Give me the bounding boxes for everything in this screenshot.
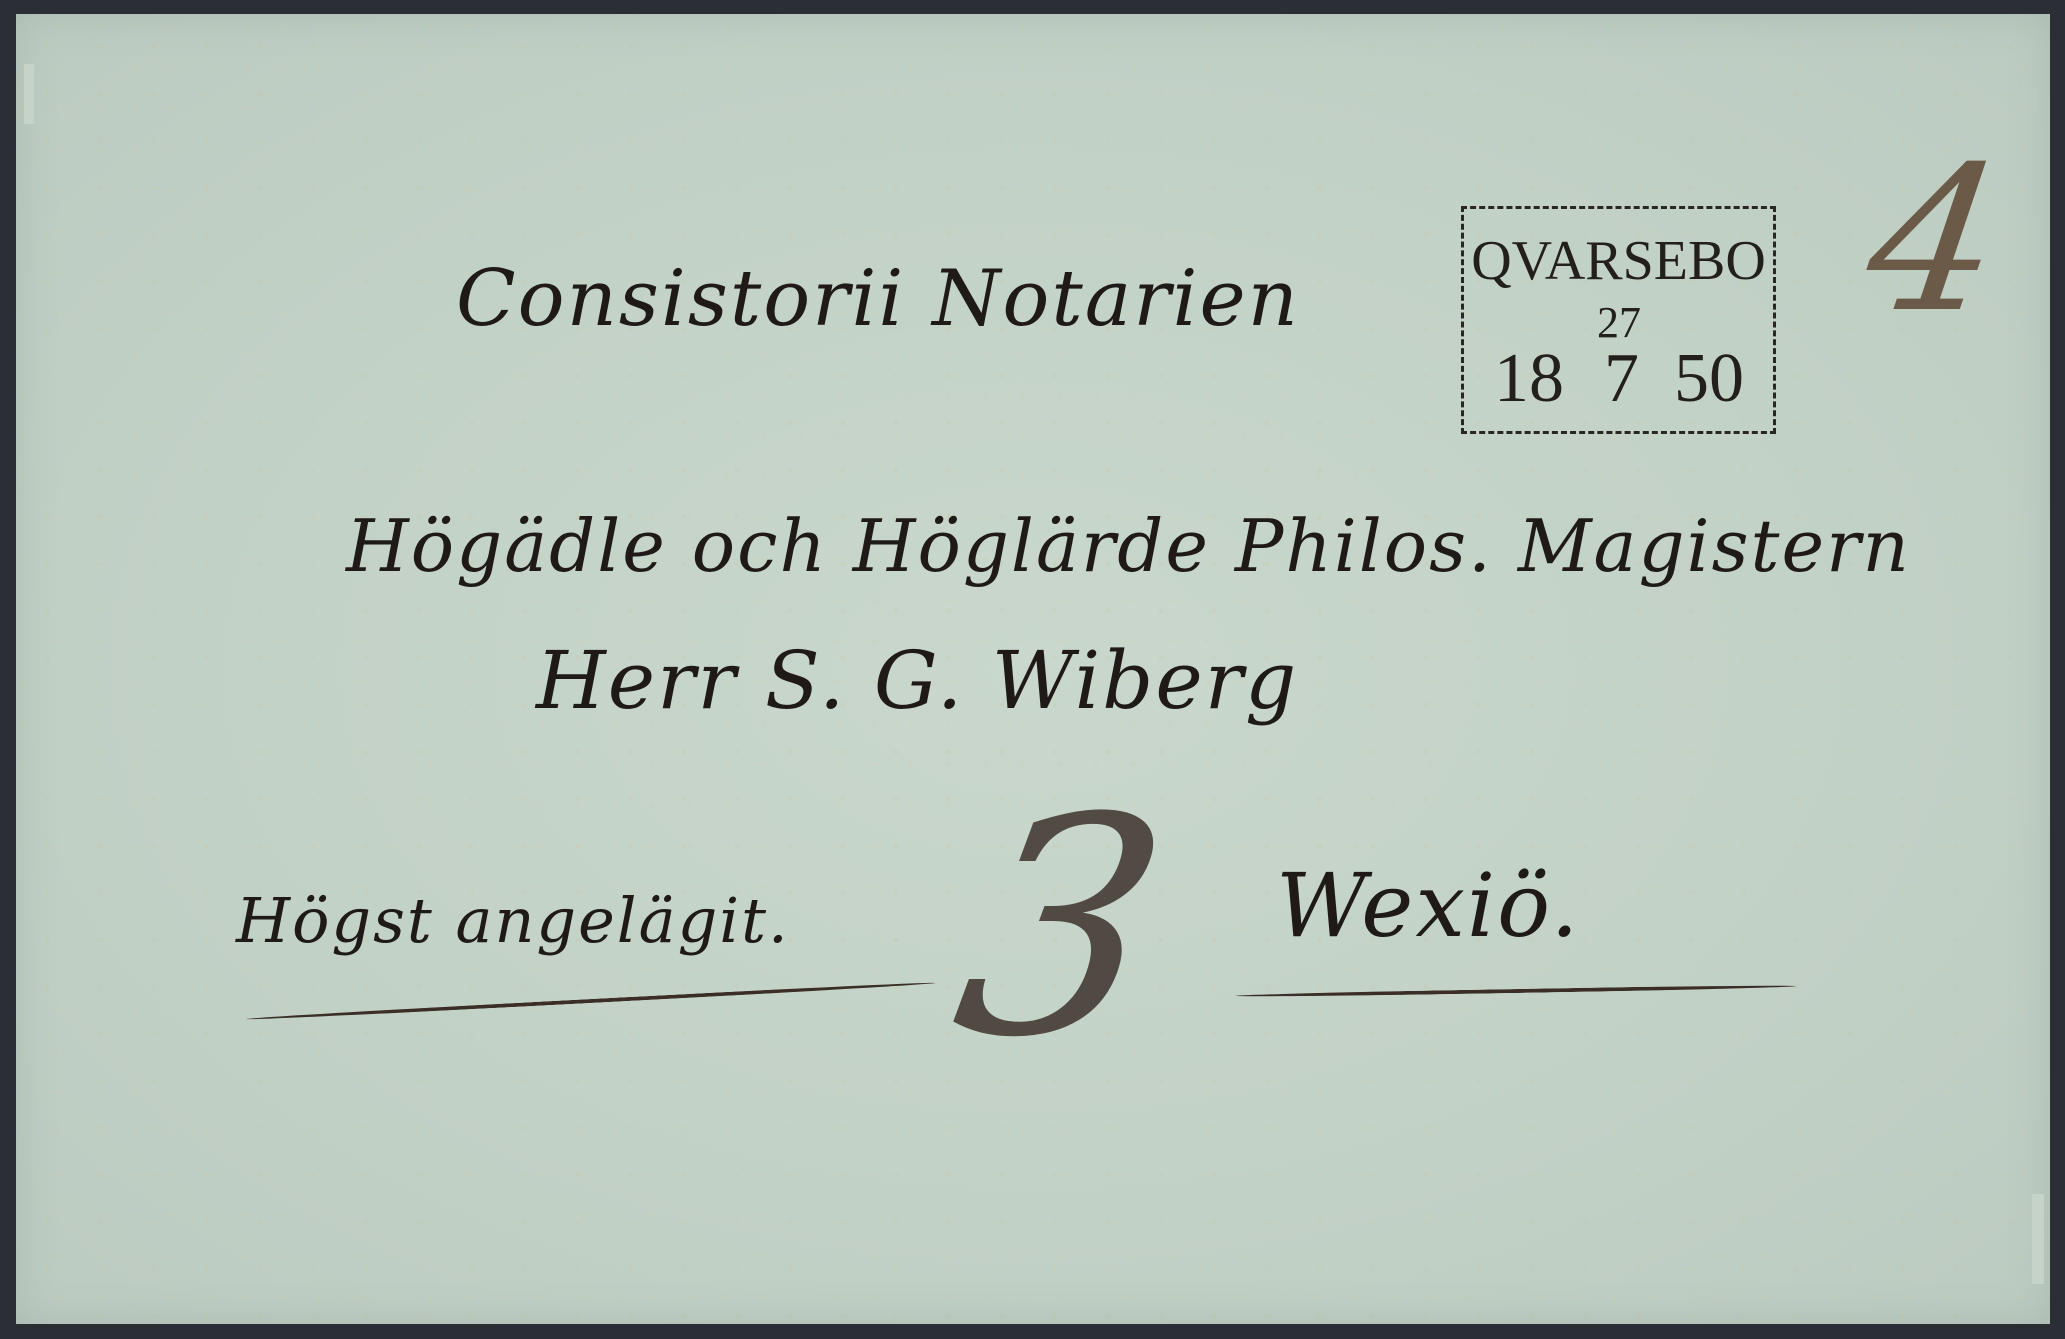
postmark-month: 7 (1604, 339, 1639, 419)
rate-mark-3: 3 (935, 754, 1187, 1103)
urgency-underline (246, 981, 935, 1021)
postmark-year-prefix: 18 (1494, 339, 1564, 419)
rate-mark-4: 4 (1855, 124, 2015, 357)
postmark-town: QVARSEBO (1464, 233, 1773, 289)
address-line-name: Herr S. G. Wiberg (536, 634, 1298, 727)
address-line-title: Consistorii Notarien (456, 254, 1300, 344)
urgency-note: Högst angelägit. (236, 884, 790, 957)
paper-flap-left (24, 64, 34, 124)
postmark-date: 18 27 7 50 (1464, 289, 1773, 419)
postmark-year-suffix: 50 (1674, 339, 1744, 419)
destination-town: Wexiö. (1276, 854, 1581, 957)
paper-flap-right (2032, 1194, 2044, 1284)
postmark-box: QVARSEBO 18 27 7 50 (1461, 206, 1776, 434)
destination-underline (1236, 984, 1796, 998)
address-line-honorific: Högädle och Höglärde Philos. Magistern (346, 504, 1911, 588)
letter-sheet: QVARSEBO 18 27 7 50 4 Consistorii Notari… (16, 14, 2050, 1324)
